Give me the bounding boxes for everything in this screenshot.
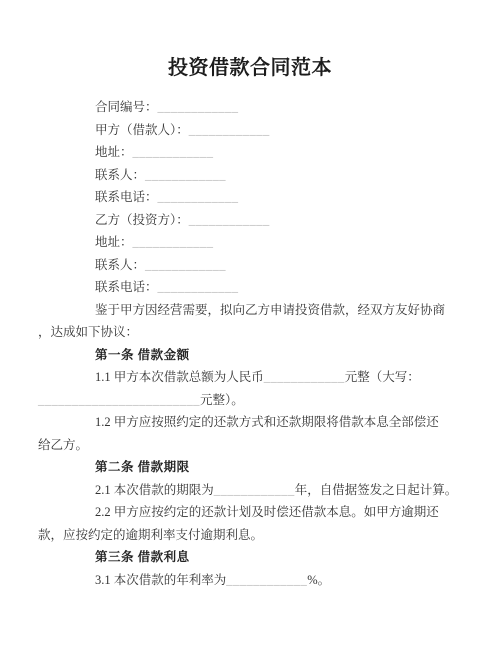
intro-line-2: ，达成如下协议： (38, 321, 462, 344)
field-party-b: 乙方（投资方）：____________ (38, 209, 462, 232)
field-party-b-phone: 联系电话：____________ (38, 276, 462, 299)
clause-2-1: 2.1 本次借款的期限为____________年，自借据签发之日起计算。 (38, 479, 462, 502)
blank-line: ________________________ (38, 393, 200, 407)
document-title: 投资借款合同范本 (38, 53, 462, 83)
blank-line: ____________ (214, 483, 295, 497)
clause-3-1: 3.1 本次借款的年利率为____________%。 (38, 569, 462, 592)
clause-2-2-line-2: 款，应按约定的逾期利率支付逾期利息。 (38, 524, 462, 547)
blank-line: ____________ (189, 123, 270, 137)
clause-1-1-line-1: 1.1 甲方本次借款总额为人民币____________元整（大写： (38, 366, 462, 389)
heading-article-3: 第三条 借款利息 (38, 546, 462, 569)
clause-1-1-line-2: ________________________元整）。 (38, 389, 462, 412)
field-party-a-address: 地址：____________ (38, 141, 462, 164)
blank-line: ____________ (264, 370, 345, 384)
blank-line: ____________ (226, 573, 307, 587)
clause-2-2-line-1: 2.2 甲方应按约定的还款计划及时偿还借款本息。如甲方逾期还 (38, 501, 462, 524)
clause-1-2-line-2: 给乙方。 (38, 434, 462, 457)
blank-line: ____________ (158, 100, 239, 114)
heading-article-1: 第一条 借款金额 (38, 344, 462, 367)
field-party-b-contact: 联系人：____________ (38, 254, 462, 277)
heading-article-2: 第二条 借款期限 (38, 456, 462, 479)
blank-line: ____________ (145, 168, 226, 182)
field-party-a-phone: 联系电话：____________ (38, 186, 462, 209)
field-party-a-contact: 联系人：____________ (38, 164, 462, 187)
intro-line-1: 鉴于甲方因经营需要，拟向乙方申请投资借款，经双方友好协商 (38, 299, 462, 322)
field-party-a: 甲方（借款人）：____________ (38, 119, 462, 142)
field-contract-number: 合同编号：____________ (38, 96, 462, 119)
contract-document-page: 投资借款合同范本 合同编号：____________ 甲方（借款人）：_____… (0, 0, 500, 647)
field-party-b-address: 地址：____________ (38, 231, 462, 254)
blank-line: ____________ (158, 280, 239, 294)
blank-line: ____________ (189, 213, 270, 227)
blank-line: ____________ (133, 235, 214, 249)
blank-line: ____________ (133, 145, 214, 159)
blank-line: ____________ (158, 190, 239, 204)
clause-1-2-line-1: 1.2 甲方应按照约定的还款方式和还款期限将借款本息全部偿还 (38, 411, 462, 434)
blank-line: ____________ (145, 258, 226, 272)
